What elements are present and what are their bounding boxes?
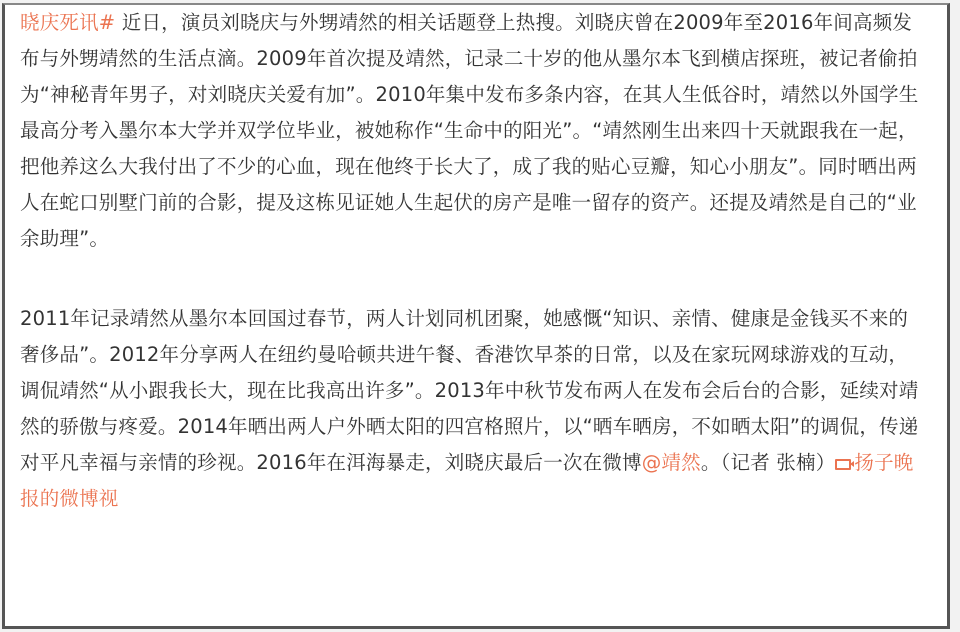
paragraph-2-text: 2011年记录靖然从墨尔本回国过春节，两人计划同机团聚，她感慨“知识、亲情、健康… xyxy=(20,307,918,474)
post-container: 晓庆死讯# 近日，演员刘晓庆与外甥靖然的相关话题登上热搜。刘晓庆曾在2009年至… xyxy=(2,3,950,629)
reporter-credit: 。（记者 张楠） xyxy=(701,451,836,474)
post-paragraph-1: 晓庆死讯# 近日，演员刘晓庆与外甥靖然的相关话题登上热搜。刘晓庆曾在2009年至… xyxy=(20,5,920,257)
paragraph-gap xyxy=(20,257,920,301)
post-paragraph-2: 2011年记录靖然从墨尔本回国过春节，两人计划同机团聚，她感慨“知识、亲情、健康… xyxy=(20,301,920,517)
paragraph-1-text: 近日，演员刘晓庆与外甥靖然的相关话题登上热搜。刘晓庆曾在2009年至2016年间… xyxy=(20,11,918,250)
post-body: 晓庆死讯# 近日，演员刘晓庆与外甥靖然的相关话题登上热搜。刘晓庆曾在2009年至… xyxy=(20,5,920,517)
video-icon xyxy=(835,459,851,470)
hashtag-link[interactable]: 晓庆死讯# xyxy=(20,11,115,34)
mention-link[interactable]: @靖然 xyxy=(642,451,701,474)
